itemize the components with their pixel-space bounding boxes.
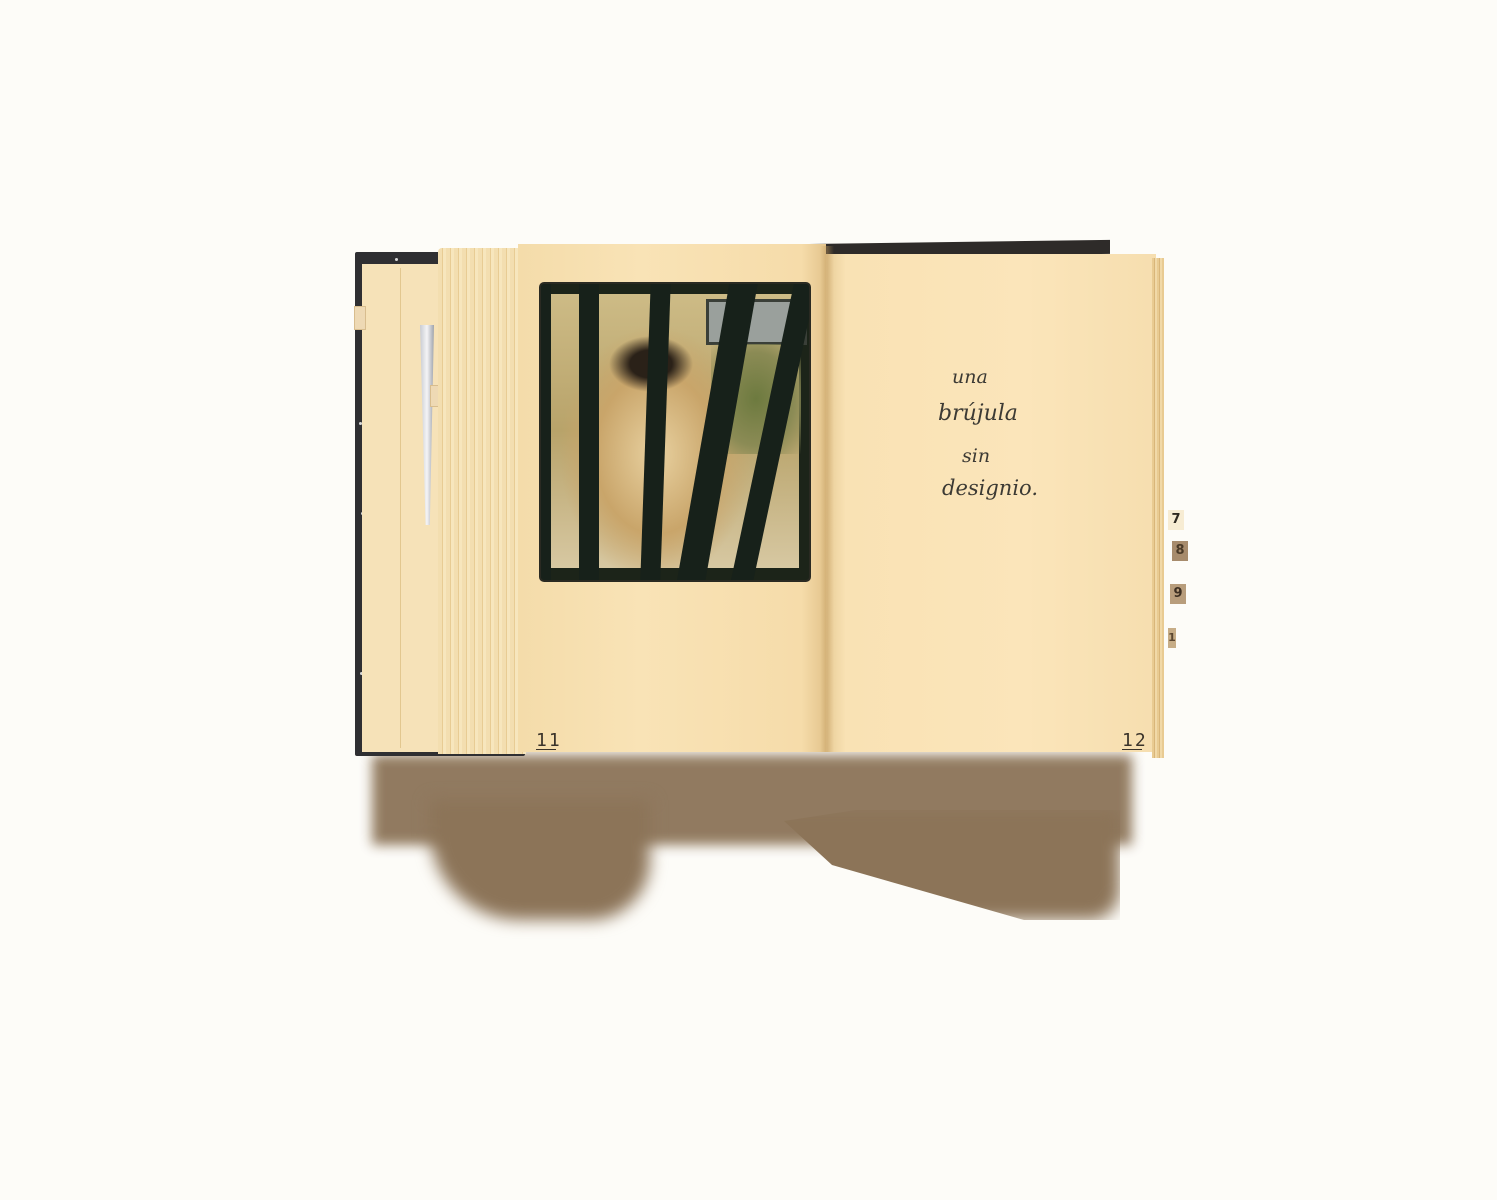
index-tab-8: 8	[1172, 541, 1188, 561]
photo-bar	[579, 284, 599, 580]
handwriting-line: designio.	[942, 478, 1070, 499]
handwriting-line: una	[952, 368, 1070, 387]
book-shadow-left-lobe	[430, 800, 650, 920]
handwriting-line: sin	[962, 447, 1070, 466]
dog-photo	[541, 284, 809, 580]
right-page-edges	[1152, 258, 1164, 758]
right-page: 12	[826, 254, 1156, 752]
index-tab-9: 9	[1170, 584, 1186, 604]
left-page-tab	[354, 306, 366, 330]
index-tab-10: 1	[1168, 628, 1176, 648]
page-stack	[438, 248, 526, 754]
handwritten-note: una brújula sin designio.	[930, 368, 1070, 499]
index-tab-7: 7	[1168, 510, 1184, 530]
photo-border-bar	[541, 284, 551, 580]
book-gutter	[820, 246, 834, 752]
page-number-left: 11	[536, 730, 562, 751]
handwriting-line: brújula	[938, 403, 1070, 425]
page-number-right: 12	[1122, 730, 1148, 751]
book-photograph: 11 12 una brújula sin designio. 7 8 9 1	[0, 0, 1497, 1200]
cover-speck	[395, 258, 398, 261]
page-fold-line	[400, 268, 401, 748]
